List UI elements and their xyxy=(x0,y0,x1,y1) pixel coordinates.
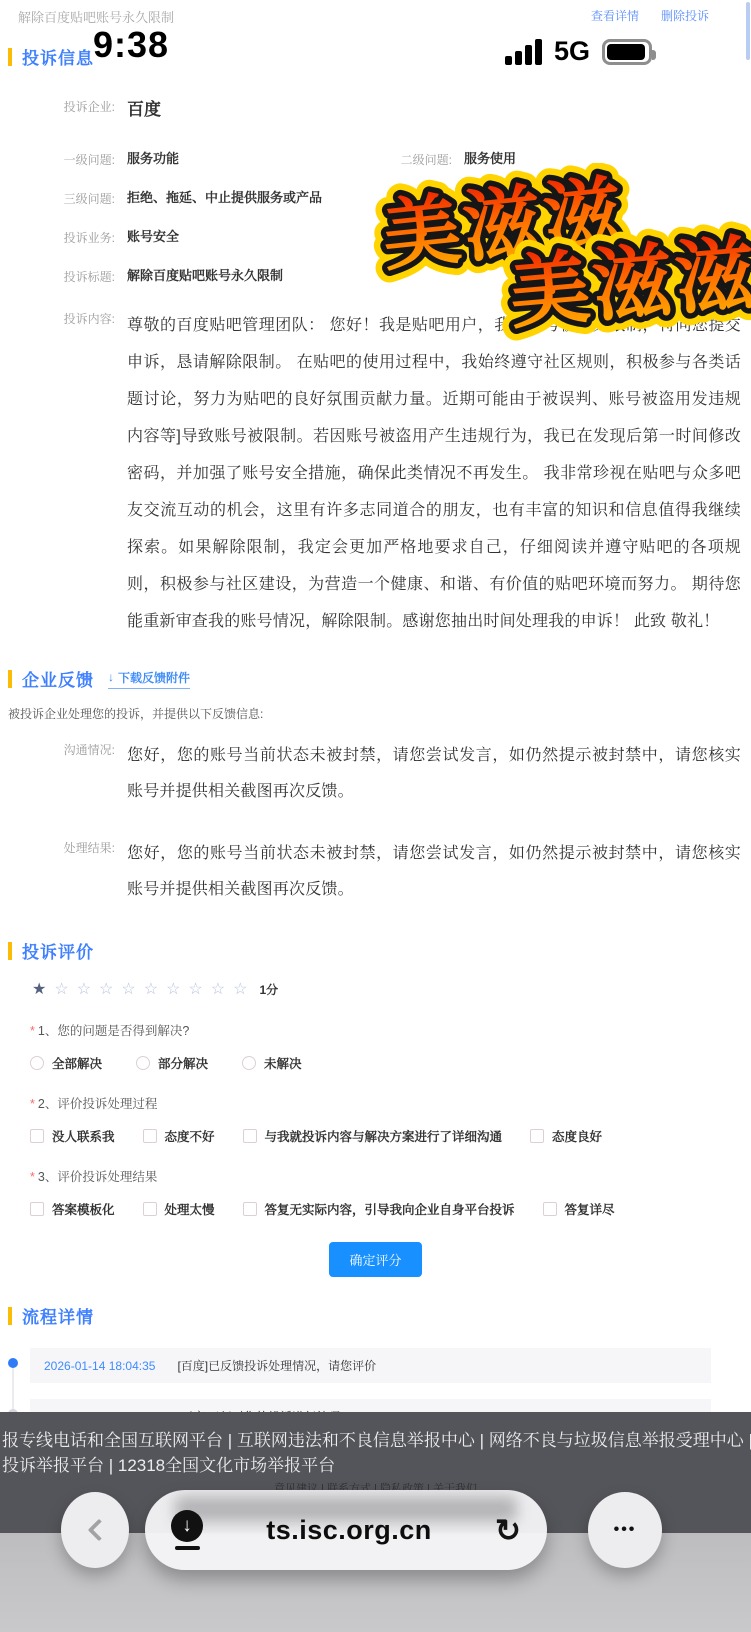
question-2: *2、评价投诉处理过程 xyxy=(30,1094,751,1112)
feedback-intro: 被投诉企业处理您的投诉，并提供以下反馈信息: xyxy=(8,705,751,722)
checkbox-option[interactable]: 答复无实际内容，引导我向企业自身平台投诉 xyxy=(243,1200,515,1218)
timeline-time: 2026-01-14 18:04:35 xyxy=(44,1359,155,1373)
checkbox-option[interactable]: 态度不好 xyxy=(143,1127,215,1145)
reload-icon[interactable]: ↻ xyxy=(495,1515,521,1546)
field-label: 三级问题: xyxy=(30,187,115,207)
checkbox-icon xyxy=(143,1202,157,1216)
back-button[interactable] xyxy=(61,1492,129,1568)
field-communication: 沟通情况: 您好，您的账号当前状态未被封禁，请您尝试发言，如仍然提示被封禁中，请… xyxy=(30,738,751,810)
more-menu-button[interactable]: ••• xyxy=(588,1492,662,1568)
star-icon[interactable]: ☆ xyxy=(77,979,91,999)
field-label: 投诉码: xyxy=(382,187,452,207)
field-level1-2: 一级问题: 服务功能 二级问题: 服务使用 xyxy=(30,148,751,168)
radio-icon xyxy=(136,1056,150,1070)
star-icon[interactable]: ☆ xyxy=(121,979,135,999)
cellular-signal-icon xyxy=(505,39,542,65)
section-evaluation-header: 投诉评价 xyxy=(8,938,751,963)
checkbox-icon xyxy=(30,1129,44,1143)
required-mark: * xyxy=(30,1170,35,1184)
download-attachment-link[interactable]: ↓ 下载反馈附件 xyxy=(108,669,190,689)
star-icon[interactable]: ☆ xyxy=(188,979,202,999)
checkbox-icon xyxy=(243,1202,257,1216)
field-label: 投诉企业: xyxy=(30,95,115,115)
checkbox-option[interactable]: 答案模板化 xyxy=(30,1200,115,1218)
status-right-group: 5G xyxy=(505,36,652,67)
field-level3-code: 三级问题: 拒绝、拖延、中止提供服务或产品 投诉码: 2601yx5KaQ xyxy=(30,187,751,207)
checkbox-icon xyxy=(543,1202,557,1216)
field-value: 账号安全 xyxy=(127,226,179,245)
field-label: 一级问题: xyxy=(30,148,115,168)
checkbox-icon xyxy=(243,1129,257,1143)
download-status-icon[interactable]: ↓ xyxy=(171,1510,203,1550)
section-accent-bar xyxy=(8,670,12,688)
scrollbar-thumb[interactable] xyxy=(746,2,750,60)
field-company: 投诉企业: 百度 xyxy=(30,95,751,120)
safari-toolbar: ↓ ts.isc.org.cn ↻ ••• xyxy=(0,1490,751,1574)
download-bar xyxy=(175,1546,200,1550)
score-label: 1分 xyxy=(259,981,278,998)
url-text[interactable]: ts.isc.org.cn xyxy=(203,1515,495,1546)
radio-option[interactable]: 未解决 xyxy=(242,1054,302,1072)
field-content: 投诉内容: 尊敬的百度贴吧管理团队： 您好！我是贴吧用户，我的账号被永久限制，特… xyxy=(30,307,751,640)
star-icon[interactable]: ☆ xyxy=(54,979,68,999)
question-3: *3、评价投诉处理结果 xyxy=(30,1167,751,1185)
footer-line-2[interactable]: 投诉举报平台 | 12318全国文化市场举报平台 xyxy=(2,1453,751,1478)
battery-icon xyxy=(602,39,652,65)
section-accent-bar xyxy=(8,942,12,960)
star-icon[interactable]: ★ xyxy=(32,979,46,999)
field-label: 投诉业务: xyxy=(30,226,115,246)
radio-icon xyxy=(242,1056,256,1070)
view-detail-link[interactable]: 查看详情 xyxy=(591,7,639,24)
footer-line-1[interactable]: 报专线电话和全国互联网平台 | 互联网违法和不良信息举报中心 | 网络不良与垃圾… xyxy=(2,1428,751,1453)
question-title: 2、评价投诉处理过程 xyxy=(38,1097,157,1111)
section-title: 企业反馈 xyxy=(22,666,94,691)
address-bar[interactable]: ↓ ts.isc.org.cn ↻ xyxy=(145,1490,547,1570)
section-title: 投诉评价 xyxy=(22,938,94,963)
section-feedback-header: 企业反馈 ↓ 下载反馈附件 xyxy=(8,666,751,691)
checkbox-option[interactable]: 态度良好 xyxy=(530,1127,602,1145)
field-result: 处理结果: 您好，您的账号当前状态未被封禁，请您尝试发言，如仍然提示被封禁中，请… xyxy=(30,836,751,908)
checkbox-icon xyxy=(30,1202,44,1216)
checkbox-option[interactable]: 处理太慢 xyxy=(143,1200,215,1218)
nav-actions: 查看详情 删除投诉 xyxy=(591,7,709,24)
field-value: 服务使用 xyxy=(464,148,516,167)
timeline-item: 2026-01-14 18:04:35 [百度]已反馈投诉处理情况，请您评价 xyxy=(30,1348,711,1383)
question-title: 3、评价投诉处理结果 xyxy=(38,1170,157,1184)
star-icon[interactable]: ☆ xyxy=(144,979,158,999)
field-label: 处理结果: xyxy=(30,836,115,856)
section-accent-bar xyxy=(8,1307,12,1325)
section-process-header: 流程详情 xyxy=(8,1303,751,1328)
checkbox-option[interactable]: 答复详尽 xyxy=(543,1200,615,1218)
footer-report-links: 报专线电话和全国互联网平台 | 互联网违法和不良信息举报中心 | 网络不良与垃圾… xyxy=(0,1412,751,1478)
field-label: 投诉标题: xyxy=(30,265,115,285)
attachment-label: 下载反馈附件 xyxy=(118,669,190,686)
required-mark: * xyxy=(30,1024,35,1038)
question-1-options: 全部解决 部分解决 未解决 xyxy=(30,1054,751,1072)
checkbox-icon xyxy=(530,1129,544,1143)
field-business: 投诉业务: 账号安全 xyxy=(30,226,751,246)
star-icon[interactable]: ☆ xyxy=(166,979,180,999)
star-icon[interactable]: ☆ xyxy=(99,979,113,999)
field-value: 百度 xyxy=(127,95,161,120)
network-type-label: 5G xyxy=(554,36,590,67)
communication-text: 您好，您的账号当前状态未被封禁，请您尝试发言，如仍然提示被封禁中，请您核实账号并… xyxy=(127,738,741,810)
field-value: 解除百度贴吧账号永久限制 xyxy=(127,265,283,284)
complaint-code-value: 2601yx5KaQ xyxy=(464,187,541,202)
star-rating: ★ ☆ ☆ ☆ ☆ ☆ ☆ ☆ ☆ ☆ 1分 xyxy=(32,979,751,999)
checkbox-option[interactable]: 与我就投诉内容与解决方案进行了详细沟通 xyxy=(243,1127,503,1145)
result-text: 您好，您的账号当前状态未被封禁，请您尝试发言，如仍然提示被封禁中，请您核实账号并… xyxy=(127,836,741,908)
checkbox-option[interactable]: 没人联系我 xyxy=(30,1127,115,1145)
chevron-left-icon xyxy=(88,1519,111,1542)
star-icon[interactable]: ☆ xyxy=(211,979,225,999)
section-title: 流程详情 xyxy=(22,1303,94,1328)
timeline-dot xyxy=(8,1358,18,1368)
complaint-detail-page: 解除百度贴吧账号永久限制 查看详情 删除投诉 9:38 5G 投诉信息 投诉企业… xyxy=(0,0,751,1632)
complaint-content-text: 尊敬的百度贴吧管理团队： 您好！我是贴吧用户，我的账号被永久限制，特向您提交申诉… xyxy=(127,307,741,640)
radio-option[interactable]: 部分解决 xyxy=(136,1054,208,1072)
download-arrow-icon: ↓ xyxy=(171,1510,203,1542)
required-mark: * xyxy=(30,1097,35,1111)
complaint-info-fields: 投诉企业: 百度 一级问题: 服务功能 二级问题: 服务使用 三级问题: 拒绝、… xyxy=(0,95,751,640)
question-2-options: 没人联系我 态度不好 与我就投诉内容与解决方案进行了详细沟通 态度良好 xyxy=(30,1127,751,1145)
field-label: 二级问题: xyxy=(382,148,452,168)
timeline-text: [百度]已反馈投诉处理情况，请您评价 xyxy=(177,1357,376,1374)
delete-complaint-link[interactable]: 删除投诉 xyxy=(661,7,709,24)
question-title: 1、您的问题是否得到解决? xyxy=(38,1024,189,1038)
status-time: 9:38 xyxy=(93,24,169,66)
field-label: 投诉内容: xyxy=(30,307,115,327)
field-value: 服务功能 xyxy=(127,148,382,167)
confirm-score-button[interactable]: 确定评分 xyxy=(329,1242,421,1277)
star-icon[interactable]: ☆ xyxy=(233,979,247,999)
section-accent-bar xyxy=(8,48,12,66)
section-title: 投诉信息 xyxy=(22,44,94,69)
download-icon: ↓ xyxy=(108,670,114,684)
question-1: *1、您的问题是否得到解决? xyxy=(30,1021,751,1039)
question-3-options: 答案模板化 处理太慢 答复无实际内容，引导我向企业自身平台投诉 答复详尽 xyxy=(30,1200,751,1218)
field-value: 拒绝、拖延、中止提供服务或产品 xyxy=(127,187,382,206)
field-label: 沟通情况: xyxy=(30,738,115,758)
radio-option[interactable]: 全部解决 xyxy=(30,1054,102,1072)
checkbox-icon xyxy=(143,1129,157,1143)
field-subject: 投诉标题: 解除百度贴吧账号永久限制 xyxy=(30,265,751,285)
radio-icon xyxy=(30,1056,44,1070)
